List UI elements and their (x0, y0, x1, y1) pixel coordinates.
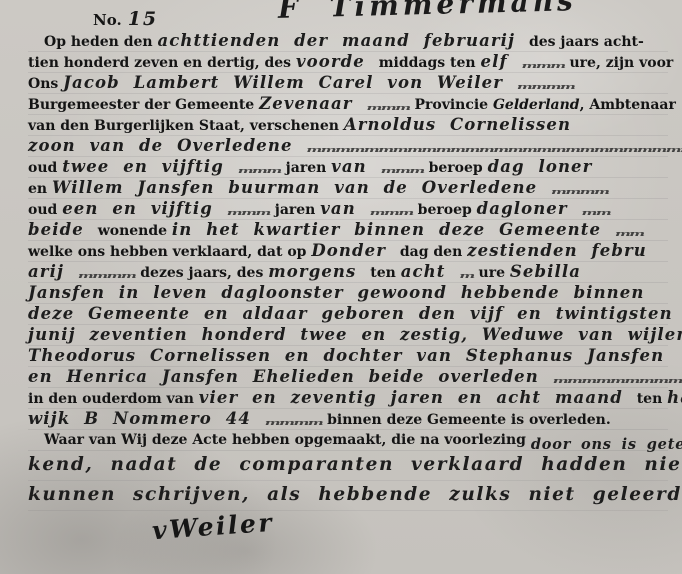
document-lines: Op heden den achttienden der maand febru… (28, 30, 668, 510)
text-line: Theodorus Cornelissen en dochter van Ste… (28, 345, 668, 366)
ink-flourish: m (459, 270, 473, 281)
ink-flourish: mmmmmmmmmmmmmmmmmmmmmmmmmmmmmm (306, 144, 682, 155)
ink-flourish: mmmm (551, 186, 609, 197)
printed-text: Provincie (410, 97, 493, 113)
text-line: Jansfen in leven dagloonster gewoond heb… (28, 282, 668, 303)
printed-text: Waar van Wij deze Acte hebben opgemaakt,… (44, 432, 531, 448)
handwritten-text: wijk B Nommero 44 (28, 409, 265, 428)
ink-flourish: mmm (522, 60, 565, 71)
handwritten-text: dag loner (488, 157, 593, 176)
text-line: tien honderd zeven en dertig, des voorde… (28, 51, 668, 72)
printed-text: middags ten (379, 55, 481, 71)
record-number: No.15 (93, 8, 158, 31)
handwritten-text: twee en vijftig (62, 157, 238, 176)
printed-text: dag den (400, 244, 467, 260)
handwritten-text: morgens (268, 262, 370, 281)
printed-text: des jaars acht- (529, 34, 644, 50)
handwritten-text: Willem Jansfen buurman van de Overledene (52, 178, 551, 197)
handwritten-text: in het kwartier binnen deze Gemeente (172, 220, 615, 239)
printed-text: en (28, 181, 52, 197)
printed-text: wonende (98, 223, 172, 239)
printed-text: van den Burgerlijken Staat, verschenen (28, 118, 344, 134)
ink-flourish: mmmmmmmmmmmm (553, 375, 682, 386)
printed-text: ure, zijn voor (565, 55, 674, 71)
handwritten-text: beide (28, 220, 98, 239)
text-line: Op heden den achttienden der maand febru… (28, 30, 668, 51)
ink-flourish: mmmm (265, 417, 323, 428)
text-line: oud twee en vijftig mmm jaren van mmm be… (28, 156, 668, 177)
printed-text: oud (28, 160, 62, 176)
ink-flourish: mm (582, 207, 611, 218)
text-line: van den Burgerlijken Staat, verschenen A… (28, 114, 668, 135)
handwritten-text: Jacob Lambert Willem Carel von Weiler (63, 73, 517, 92)
handwritten-text: Jansfen in leven dagloonster gewoond heb… (28, 283, 644, 302)
ink-flourish: mm (615, 228, 644, 239)
printed-text: , Ambtenaar (580, 97, 676, 113)
ink-flourish: mmm (381, 165, 424, 176)
registrar-signature: vWeiler (151, 508, 275, 545)
text-line: wijk B Nommero 44 mmmm binnen deze Gemee… (28, 408, 668, 429)
text-line: Ons Jacob Lambert Willem Carel von Weile… (28, 72, 668, 93)
handwritten-text: van (320, 199, 369, 218)
death-certificate-scan: F Timmermans No.15 Op heden den achttien… (0, 0, 682, 574)
handwritten-text: haren (667, 388, 682, 407)
handwritten-text: voorde (296, 52, 379, 71)
handwritten-text: zestienden febru (467, 241, 647, 260)
text-line: Burgemeester der Gemeente Zevenaar mmm P… (28, 93, 668, 114)
text-line: in den ouderdom van vier en zeventig jar… (28, 387, 668, 408)
ink-flourish: mmmm (78, 270, 136, 281)
printed-text: Ons (28, 76, 63, 92)
record-number-value: 15 (128, 8, 158, 30)
handwritten-text: kend, nadat de comparanten verklaard had… (28, 454, 682, 475)
ink-flourish: mmm (238, 165, 281, 176)
handwritten-text: Arnoldus Cornelissen (344, 115, 571, 134)
text-line: en Henrica Jansfen Ehelieden beide overl… (28, 366, 668, 387)
ink-flourish: mmmm (517, 81, 575, 92)
printed-text: in den ouderdom van (28, 391, 199, 407)
text-line: zoon van de Overledene mmmmmmmmmmmmmmmmm… (28, 135, 668, 156)
printed-text: jaren (270, 202, 320, 218)
printed-text: Burgemeester der Gemeente (28, 97, 259, 113)
printed-text: ten (370, 265, 400, 281)
handwritten-text: en Henrica Jansfen Ehelieden beide overl… (28, 367, 553, 386)
printed-text-italic: Gelderland (493, 97, 580, 113)
text-line: arij mmmm dezes jaars, des morgens ten a… (28, 261, 668, 282)
handwritten-text: arij (28, 262, 78, 281)
printed-text: jaren (281, 160, 331, 176)
printed-text: ure (474, 265, 510, 281)
text-line: junij zeventien honderd twee en zestig, … (28, 324, 668, 345)
handwritten-text: deze Gemeente en aldaar geboren den vijf… (28, 304, 673, 323)
text-line: beide wonende in het kwartier binnen dez… (28, 219, 668, 240)
handwritten-text: kunnen schrijven, als hebbende zulks nie… (28, 484, 682, 505)
printed-text: Op heden den (44, 34, 157, 50)
handwritten-text: achttienden der maand februarij (157, 31, 529, 50)
text-line: Waar van Wij deze Acte hebben opgemaakt,… (28, 429, 668, 450)
text-line: oud een en vijftig mmm jaren van mmm ber… (28, 198, 668, 219)
ink-flourish: mmm (227, 207, 270, 218)
handwritten-text: vier en zeventig jaren en acht maand (199, 388, 637, 407)
ink-flourish: mmm (366, 102, 409, 113)
handwritten-text: elf (480, 52, 521, 71)
printed-text: binnen deze Gemeente is overleden. (322, 412, 610, 428)
text-line: welke ons hebben verklaard, dat op Donde… (28, 240, 668, 261)
handwritten-text: acht (401, 262, 460, 281)
handwritten-text: van (331, 157, 380, 176)
text-line: en Willem Jansfen buurman van de Overled… (28, 177, 668, 198)
printed-text: welke ons hebben verklaard, dat op (28, 244, 311, 260)
ink-flourish: mmm (370, 207, 413, 218)
handwritten-text: junij zeventien honderd twee en zestig, … (28, 325, 682, 344)
printed-text: dezes jaars, des (135, 265, 268, 281)
text-line: deze Gemeente en aldaar geboren den vijf… (28, 303, 668, 324)
printed-text: beroep (413, 202, 477, 218)
handwritten-text: zoon van de Overledene (28, 136, 306, 155)
printed-text: oud (28, 202, 62, 218)
handwritten-text: door ons is getee, (531, 436, 682, 453)
printed-text: tien honderd zeven en dertig, des (28, 55, 296, 71)
text-line: kend, nadat de comparanten verklaard had… (28, 450, 668, 480)
printed-text: ten (637, 391, 667, 407)
handwritten-text: een en vijftig (62, 199, 227, 218)
text-line: kunnen schrijven, als hebbende zulks nie… (28, 480, 668, 510)
handwritten-text: Sebilla (510, 262, 581, 281)
handwritten-text: Donder (311, 241, 399, 260)
handwritten-text: Zevenaar (259, 94, 366, 113)
record-number-label: No. (93, 11, 122, 29)
printed-text: beroep (424, 160, 488, 176)
handwritten-text: dagloner (477, 199, 582, 218)
carryover-signature: F Timmermans (278, 0, 578, 25)
handwritten-text: Theodorus Cornelissen en dochter van Ste… (28, 346, 664, 365)
